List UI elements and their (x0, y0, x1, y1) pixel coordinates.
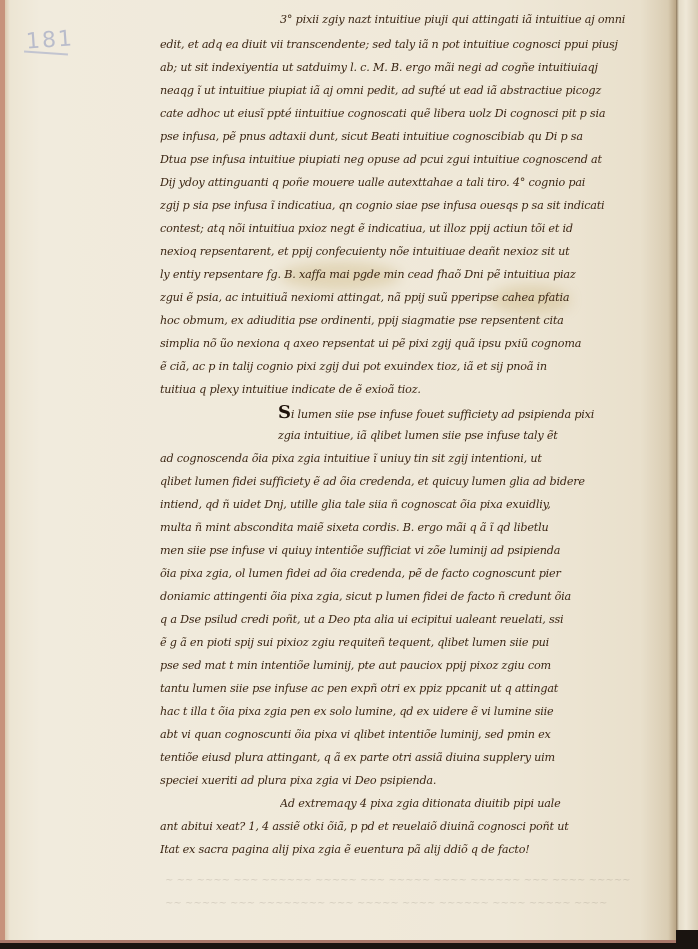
manuscript-line: ab; ut sit indexiyentia ut satduimy l. c… (160, 58, 666, 78)
line-text: nexioq repsentarent, et ppij confecuient… (160, 245, 569, 258)
manuscript-line: qlibet lumen fidei sufficiety ẽ ad õia c… (160, 472, 666, 492)
line-text: neaqg ĩ ut intuitiue piupiat iã aj omni … (160, 84, 601, 97)
manuscript-line: speciei xueriti ad plura pixa zgia vi De… (160, 771, 666, 791)
manuscript-line: ẽ ciã, ac p in talij cognio pixi zgij du… (160, 357, 666, 377)
line-text: tuitiua q plexy intuitiue indicate de ẽ … (160, 383, 421, 396)
manuscript-line: tentiõe eiusd plura attingant, q ã ex pa… (160, 748, 666, 768)
manuscript-line: hoc obmum, ex adiuditia pse ordinenti, p… (160, 311, 666, 331)
manuscript-line: q a Dse psilud credi poñt, ut a Deo pta … (160, 610, 666, 630)
manuscript-line: 3° pixii zgiy nazt intuitiue piuji qui a… (280, 10, 666, 30)
manuscript-line: men siie pse infuse vi quiuy intentiõe s… (160, 541, 666, 561)
line-text: multa ñ mint abscondita maiẽ sixeta cord… (160, 521, 548, 534)
manuscript-line: contest; atq nõi intuitiua pxioz negt ẽ … (160, 219, 666, 239)
manuscript-line: neaqg ĩ ut intuitiue piupiat iã aj omni … (160, 81, 666, 101)
manuscript-line: ly entiy repsentare fg. B. xaffa mai pgd… (160, 265, 666, 285)
line-text: intiend, qd ñ uidet Dnj, utille glia tal… (160, 498, 551, 511)
manuscript-line: ad cognoscenda õia pixa zgia intuitiue ĩ… (160, 449, 666, 469)
bleed-through-text: ~~ ~~~~~ ~~~ ~~~~~~~~ ~~~ ~~~~~ ~~~~ ~~~… (165, 898, 607, 909)
manuscript-line: edit, et adq ea diuit vii transcendente;… (160, 35, 666, 55)
line-text: zgia intuitiue, iã qlibet lumen siie pse… (278, 429, 558, 442)
manuscript-line: pse sed mat t min intentiõe luminij, pte… (160, 656, 666, 676)
bleed-through-text: ~ ~~ ~~~~ ~~~ ~~~~~~ ~~~~~ ~~~ ~~~~~ ~~~… (165, 875, 630, 886)
manuscript-line: simplia nõ ũo nexiona q axeo repsentat u… (160, 334, 666, 354)
line-text: ẽ g ã en pioti spij sui pixioz zgiu requ… (160, 636, 549, 649)
line-text: Itat ex sacra pagina alij pixa zgia ẽ eu… (160, 843, 530, 856)
line-text: ad cognoscenda õia pixa zgia intuitiue ĩ… (160, 452, 542, 465)
manuscript-line: Itat ex sacra pagina alij pixa zgia ẽ eu… (160, 840, 666, 860)
manuscript-line: multa ñ mint abscondita maiẽ sixeta cord… (160, 518, 666, 538)
line-text: ab; ut sit indexiyentia ut satduimy l. c… (160, 61, 598, 74)
line-text: abt vi quan cognoscunti õia pixa vi qlib… (160, 728, 551, 741)
manuscript-line: ẽ g ã en pioti spij sui pixioz zgiu requ… (160, 633, 666, 653)
line-text: cate adhoc ut eiusĩ ppté iintuitiue cogn… (160, 107, 605, 120)
line-text: hoc obmum, ex adiuditia pse ordinenti, p… (160, 314, 564, 327)
line-text: 3° pixii zgiy nazt intuitiue piuji qui a… (280, 13, 625, 26)
line-text: pse infusa, pẽ pnus adtaxii dunt, sicut … (160, 130, 583, 143)
line-text: speciei xueriti ad plura pixa zgia vi De… (160, 774, 436, 787)
line-text: simplia nõ ũo nexiona q axeo repsentat u… (160, 337, 581, 350)
manuscript-line: intiend, qd ñ uidet Dnj, utille glia tal… (160, 495, 666, 515)
line-text: õia pixa zgia, ol lumen fidei ad õia cre… (160, 567, 561, 580)
manuscript-line: tantu lumen siie pse infuse ac pen expñ … (160, 679, 666, 699)
line-text: qlibet lumen fidei sufficiety ẽ ad õia c… (160, 475, 585, 488)
manuscript-line: hac t illa t õia pixa zgia pen ex solo l… (160, 702, 666, 722)
line-text: contest; atq nõi intuitiua pxioz negt ẽ … (160, 222, 573, 235)
manuscript-line: õia pixa zgia, ol lumen fidei ad õia cre… (160, 564, 666, 584)
line-text: ant abitui xeat? 1, 4 assiẽ otki õiã, p … (160, 820, 569, 833)
manuscript-line: cate adhoc ut eiusĩ ppté iintuitiue cogn… (160, 104, 666, 124)
line-text: tantu lumen siie pse infuse ac pen expñ … (160, 682, 558, 695)
line-text: zgui ẽ psia, ac intuitiuã nexiomi atting… (160, 291, 569, 304)
line-text: Ad extremaqy 4 pixa zgia ditionata diuit… (280, 797, 561, 810)
line-text: edit, et adq ea diuit vii transcendente;… (160, 38, 618, 51)
manuscript-page: 181 ~ ~~ ~~~~ ~~~ ~~~~~~ ~~~~~ ~~~ ~~~~~… (0, 0, 676, 943)
line-text: hac t illa t õia pixa zgia pen ex solo l… (160, 705, 553, 718)
manuscript-line: Dij ydoy attinguanti q poñe mouere ualle… (160, 173, 666, 193)
line-text: q a Dse psilud credi poñt, ut a Deo pta … (160, 613, 563, 626)
manuscript-line: zgij p sia pse infusa ĩ indicatiua, qn c… (160, 196, 666, 216)
manuscript-line: doniamic attingenti õia pixa zgia, sicut… (160, 587, 666, 607)
manuscript-line: tuitiua q plexy intuitiue indicate de ẽ … (160, 380, 666, 400)
manuscript-line: nexioq repsentarent, et ppij confecuient… (160, 242, 666, 262)
manuscript-line: Dtua pse infusa intuitiue piupiati neg o… (160, 150, 666, 170)
page-left-edge (0, 0, 5, 940)
facing-page-edge (676, 0, 698, 930)
manuscript-line: zgui ẽ psia, ac intuitiuã nexiomi atting… (160, 288, 666, 308)
line-text: i lumen siie pse infuse fouet sufficiety… (291, 408, 594, 421)
manuscript-line: abt vi quan cognoscunti õia pixa vi qlib… (160, 725, 666, 745)
manuscript-line: pse infusa, pẽ pnus adtaxii dunt, sicut … (160, 127, 666, 147)
line-text: zgij p sia pse infusa ĩ indicatiua, qn c… (160, 199, 604, 212)
manuscript-line: Si lumen siie pse infuse fouet sufficiet… (278, 403, 666, 423)
line-text: ly entiy repsentare fg. B. xaffa mai pgd… (160, 268, 576, 281)
line-text: men siie pse infuse vi quiuy intentiõe s… (160, 544, 560, 557)
line-text: Dtua pse infusa intuitiue piupiati neg o… (160, 153, 602, 166)
line-text: doniamic attingenti õia pixa zgia, sicut… (160, 590, 571, 603)
line-text: tentiõe eiusd plura attingant, q ã ex pa… (160, 751, 555, 764)
manuscript-line: Ad extremaqy 4 pixa zgia ditionata diuit… (280, 794, 666, 814)
manuscript-line: ant abitui xeat? 1, 4 assiẽ otki õiã, p … (160, 817, 666, 837)
manuscript-line: zgia intuitiue, iã qlibet lumen siie pse… (278, 426, 666, 446)
line-text: ẽ ciã, ac p in talij cognio pixi zgij du… (160, 360, 547, 373)
line-text: pse sed mat t min intentiõe luminij, pte… (160, 659, 551, 672)
decorated-initial: S (278, 403, 291, 423)
line-text: Dij ydoy attinguanti q poñe mouere ualle… (160, 176, 585, 189)
